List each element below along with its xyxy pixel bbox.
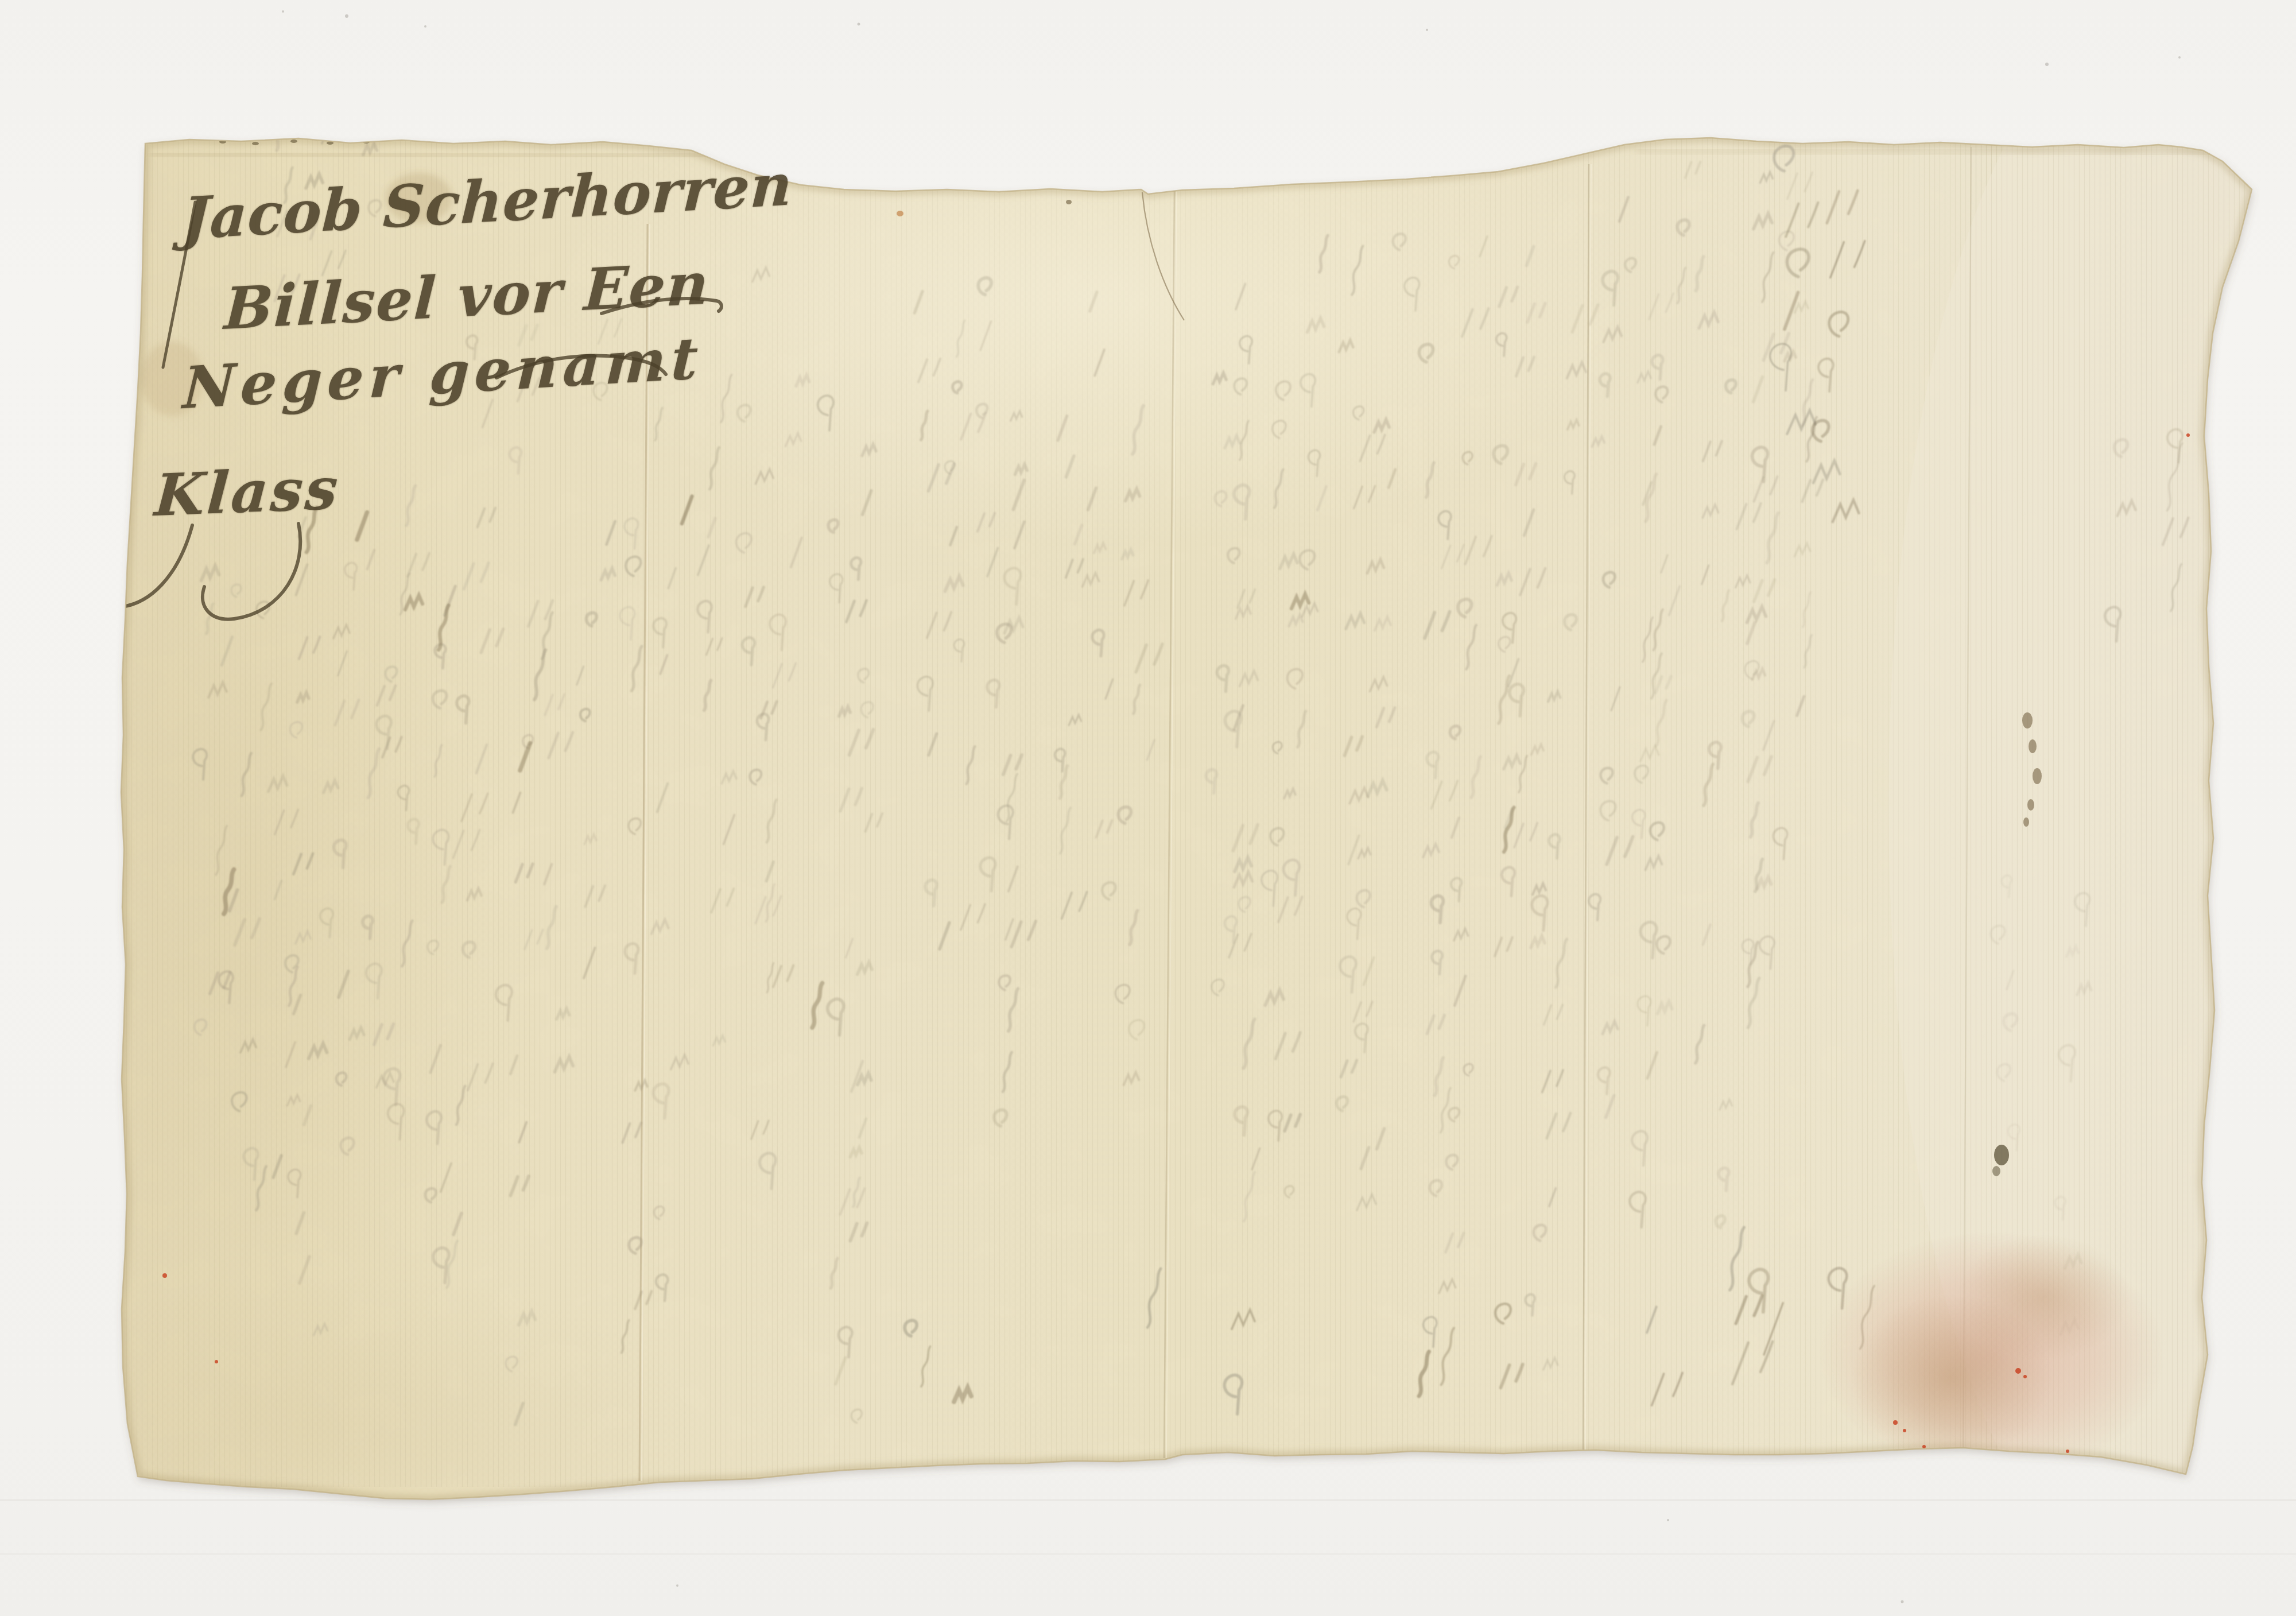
scan-background: Jacob Scherhorren Billsel vor Een Neger … [0,0,2296,1616]
manuscript-paper [0,0,2296,1616]
ink-smudge [386,173,452,223]
scanner-streak [0,1499,2296,1501]
scanner-streak [0,1553,2296,1555]
